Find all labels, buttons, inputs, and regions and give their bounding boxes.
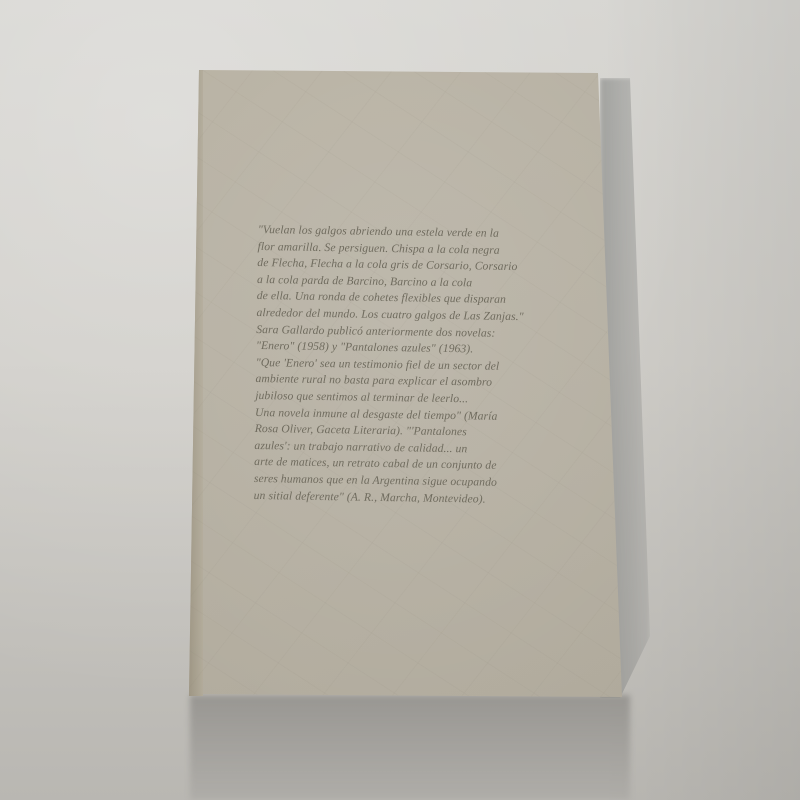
book-shadow-bottom [190,695,630,800]
back-cover-blurb: "Vuelan los galgos abriendo una estela v… [254,222,568,509]
